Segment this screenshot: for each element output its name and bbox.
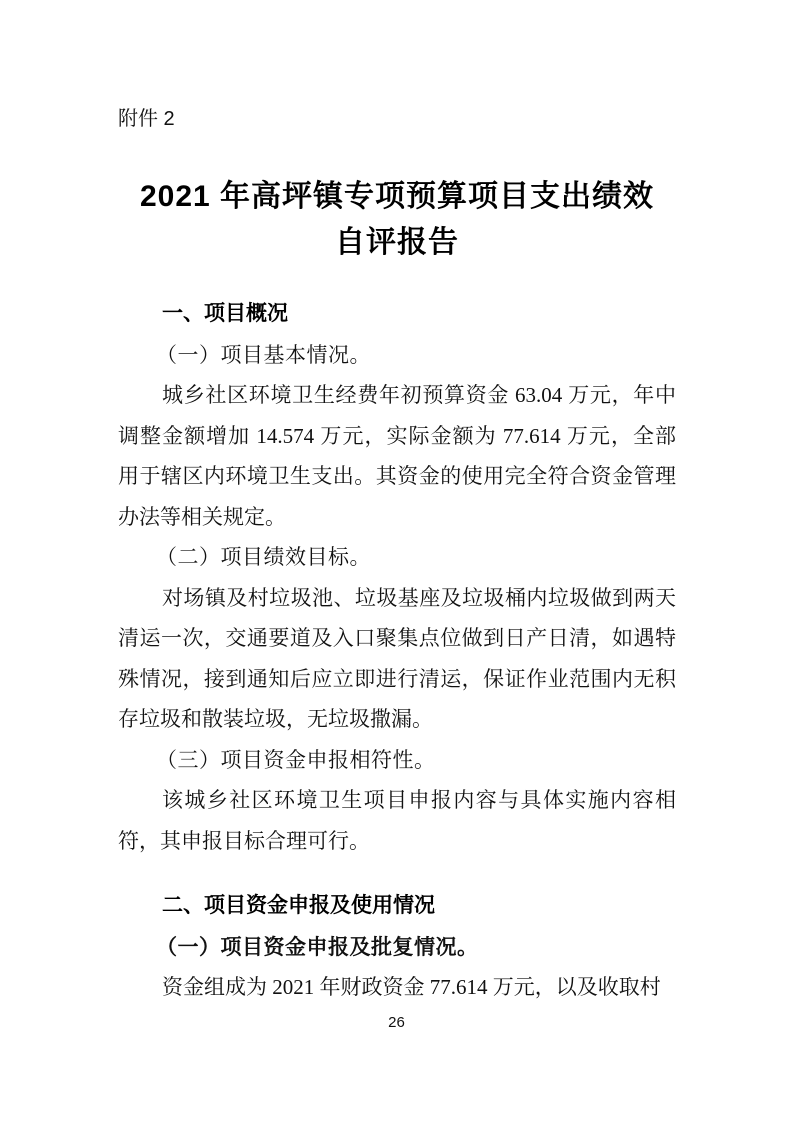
text-line: 办法等相关规定。 xyxy=(118,497,676,538)
attachment-label: 附件 2 xyxy=(118,106,676,132)
section1-heading: 一、项目概况 xyxy=(118,294,676,335)
section2-sub1-heading: （一）项目资金申报及批复情况。 xyxy=(118,927,676,968)
section1-paragraph-1: 城乡社区环境卫生经费年初预算资金 63.04 万元，年中 调整金额增加 14.5… xyxy=(118,375,676,537)
text-line: 该城乡社区环境卫生项目申报内容与具体实施内容相 xyxy=(118,780,676,821)
document-title: 2021 年高坪镇专项预算项目支出绩效 自评报告 xyxy=(118,174,676,266)
text-line: 调整金额增加 14.574 万元，实际金额为 77.614 万元，全部 xyxy=(118,416,676,457)
text-line: 清运一次，交通要道及入口聚集点位做到日产日清，如遇特 xyxy=(118,618,676,659)
text-line: 符，其申报目标合理可行。 xyxy=(118,821,676,862)
document-page: 附件 2 2021 年高坪镇专项预算项目支出绩效 自评报告 一、项目概况 （一）… xyxy=(0,0,793,1122)
text-line: 殊情况，接到通知后应立即进行清运，保证作业范围内无积 xyxy=(118,659,676,700)
section1-paragraph-3: 该城乡社区环境卫生项目申报内容与具体实施内容相 符，其申报目标合理可行。 xyxy=(118,780,676,861)
document-title-line-2: 自评报告 xyxy=(118,220,676,266)
section2-heading: 二、项目资金申报及使用情况 xyxy=(118,886,676,927)
document-body: 一、项目概况 （一）项目基本情况。 城乡社区环境卫生经费年初预算资金 63.04… xyxy=(118,294,676,1008)
document-title-line-1: 2021 年高坪镇专项预算项目支出绩效 xyxy=(118,174,676,220)
text-line: 资金组成为 2021 年财政资金 77.614 万元，以及收取村 xyxy=(118,967,676,1008)
page-number: 26 xyxy=(0,1014,793,1031)
text-line: 存垃圾和散装垃圾，无垃圾撒漏。 xyxy=(118,699,676,740)
section2-paragraph-1: 资金组成为 2021 年财政资金 77.614 万元，以及收取村 xyxy=(118,967,676,1008)
text-line: 城乡社区环境卫生经费年初预算资金 63.04 万元，年中 xyxy=(118,375,676,416)
section1-sub3-heading: （三）项目资金申报相符性。 xyxy=(118,740,676,781)
section1-sub2-heading: （二）项目绩效目标。 xyxy=(118,537,676,578)
text-line: 对场镇及村垃圾池、垃圾基座及垃圾桶内垃圾做到两天 xyxy=(118,578,676,619)
text-line: 用于辖区内环境卫生支出。其资金的使用完全符合资金管理 xyxy=(118,456,676,497)
section2: 二、项目资金申报及使用情况 （一）项目资金申报及批复情况。 资金组成为 2021… xyxy=(118,886,676,1008)
section1-sub1-heading: （一）项目基本情况。 xyxy=(118,335,676,376)
section1-paragraph-2: 对场镇及村垃圾池、垃圾基座及垃圾桶内垃圾做到两天 清运一次，交通要道及入口聚集点… xyxy=(118,578,676,740)
